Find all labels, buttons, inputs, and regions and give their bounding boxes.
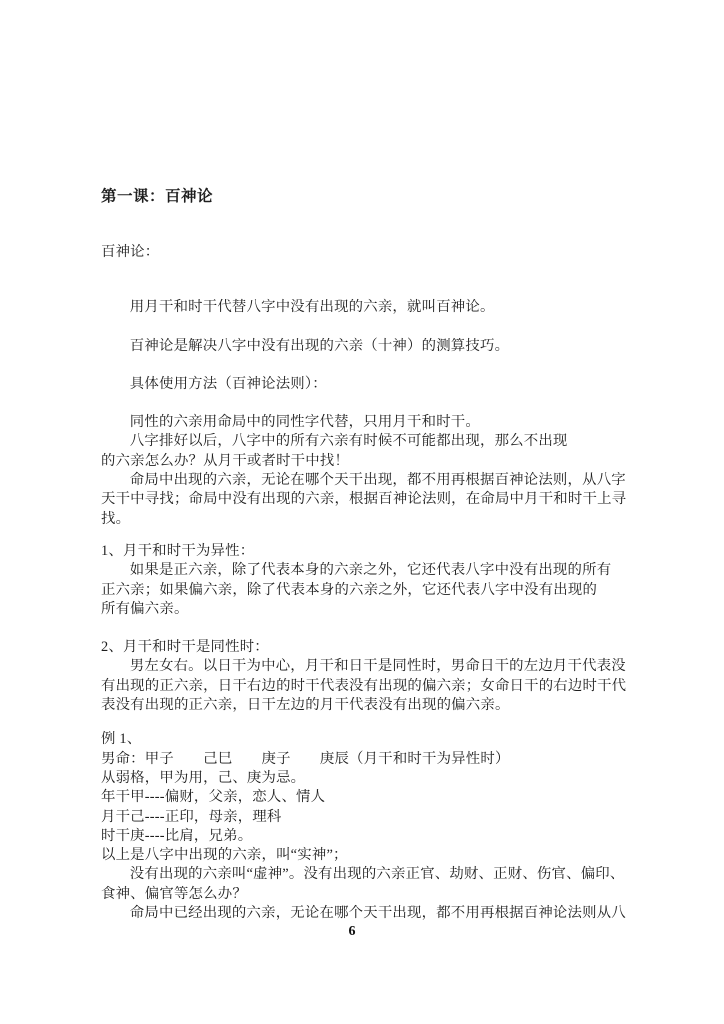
document-page: 第一课：百神论 百神论： 用月干和时干代替八字中没有出现的六亲，就叫百神论。 百…: [0, 0, 724, 1024]
text-line: 时干庚----比肩，兄弟。: [101, 827, 661, 846]
text-line: 百神论：: [101, 243, 661, 262]
text-line: 八字排好以后，八字中的所有六亲有时候不可能都出现，那么不出现: [101, 432, 661, 451]
text-line: 食神、偏官等怎么办？: [101, 885, 661, 904]
text-line: 找。: [101, 510, 661, 529]
text-line: 具体使用方法（百神论法则）：: [101, 375, 661, 394]
text-line: 如果是正六亲，除了代表本身的六亲之外，它还代表八字中没有出现的所有: [101, 561, 661, 580]
text-line: 用月干和时干代替八字中没有出现的六亲，就叫百神论。: [101, 298, 661, 317]
text-line: 表没有出现的正六亲，日干左边的月干代表没有出现的偏六亲。: [101, 696, 661, 715]
text-line: 同性的六亲用命局中的同性字代替，只用月干和时干。: [101, 413, 661, 432]
text-line: 的六亲怎么办？从月干或者时干中找！: [101, 452, 661, 471]
text-line: 天干中寻找；命局中没有出现的六亲，根据百神论法则，在命局中月干和时干上寻: [101, 490, 661, 509]
text-line: 年干甲----偏财，父亲，恋人、情人: [101, 788, 661, 807]
text-line: 命局中出现的六亲，无论在哪个天干出现，都不用再根据百神论法则，从八字: [101, 471, 661, 490]
text-line: 从弱格，甲为用，己、庚为忌。: [101, 769, 661, 788]
text-line: 没有出现的六亲叫“虚神”。没有出现的六亲正官、劫财、正财、伤官、偏印、: [101, 865, 661, 884]
text-line: 命局中已经出现的六亲，无论在哪个天干出现，都不用再根据百神论法则从八: [101, 904, 661, 923]
text-line: 例 1、: [101, 730, 661, 749]
doc-title: 第一课：百神论: [101, 186, 661, 207]
text-line: 以上是八字中出现的六亲，叫“实神”；: [101, 846, 661, 865]
text-line: 所有偏六亲。: [101, 600, 661, 619]
text-line: 男左女右。以日干为中心，月干和日干是同性时，男命日干的左边月干代表没: [101, 657, 661, 676]
text-line: 月干己----正印，母亲，理科: [101, 808, 661, 827]
page-number: 6: [0, 924, 704, 940]
page-content: 第一课：百神论 百神论： 用月干和时干代替八字中没有出现的六亲，就叫百神论。 百…: [101, 186, 661, 923]
text-line: 1、月干和时干为异性：: [101, 542, 661, 561]
text-line: 有出现的正六亲，日干右边的时干代表没有出现的偏六亲；女命日干的右边时干代: [101, 677, 661, 696]
text-line: 2、月干和时干是同性时：: [101, 638, 661, 657]
text-line: 男命：甲子 己巳 庚子 庚辰（月干和时干为异性时）: [101, 750, 661, 769]
text-line: 正六亲；如果偏六亲，除了代表本身的六亲之外，它还代表八字中没有出现的: [101, 581, 661, 600]
text-line: 百神论是解决八字中没有出现的六亲（十神）的测算技巧。: [101, 337, 661, 356]
